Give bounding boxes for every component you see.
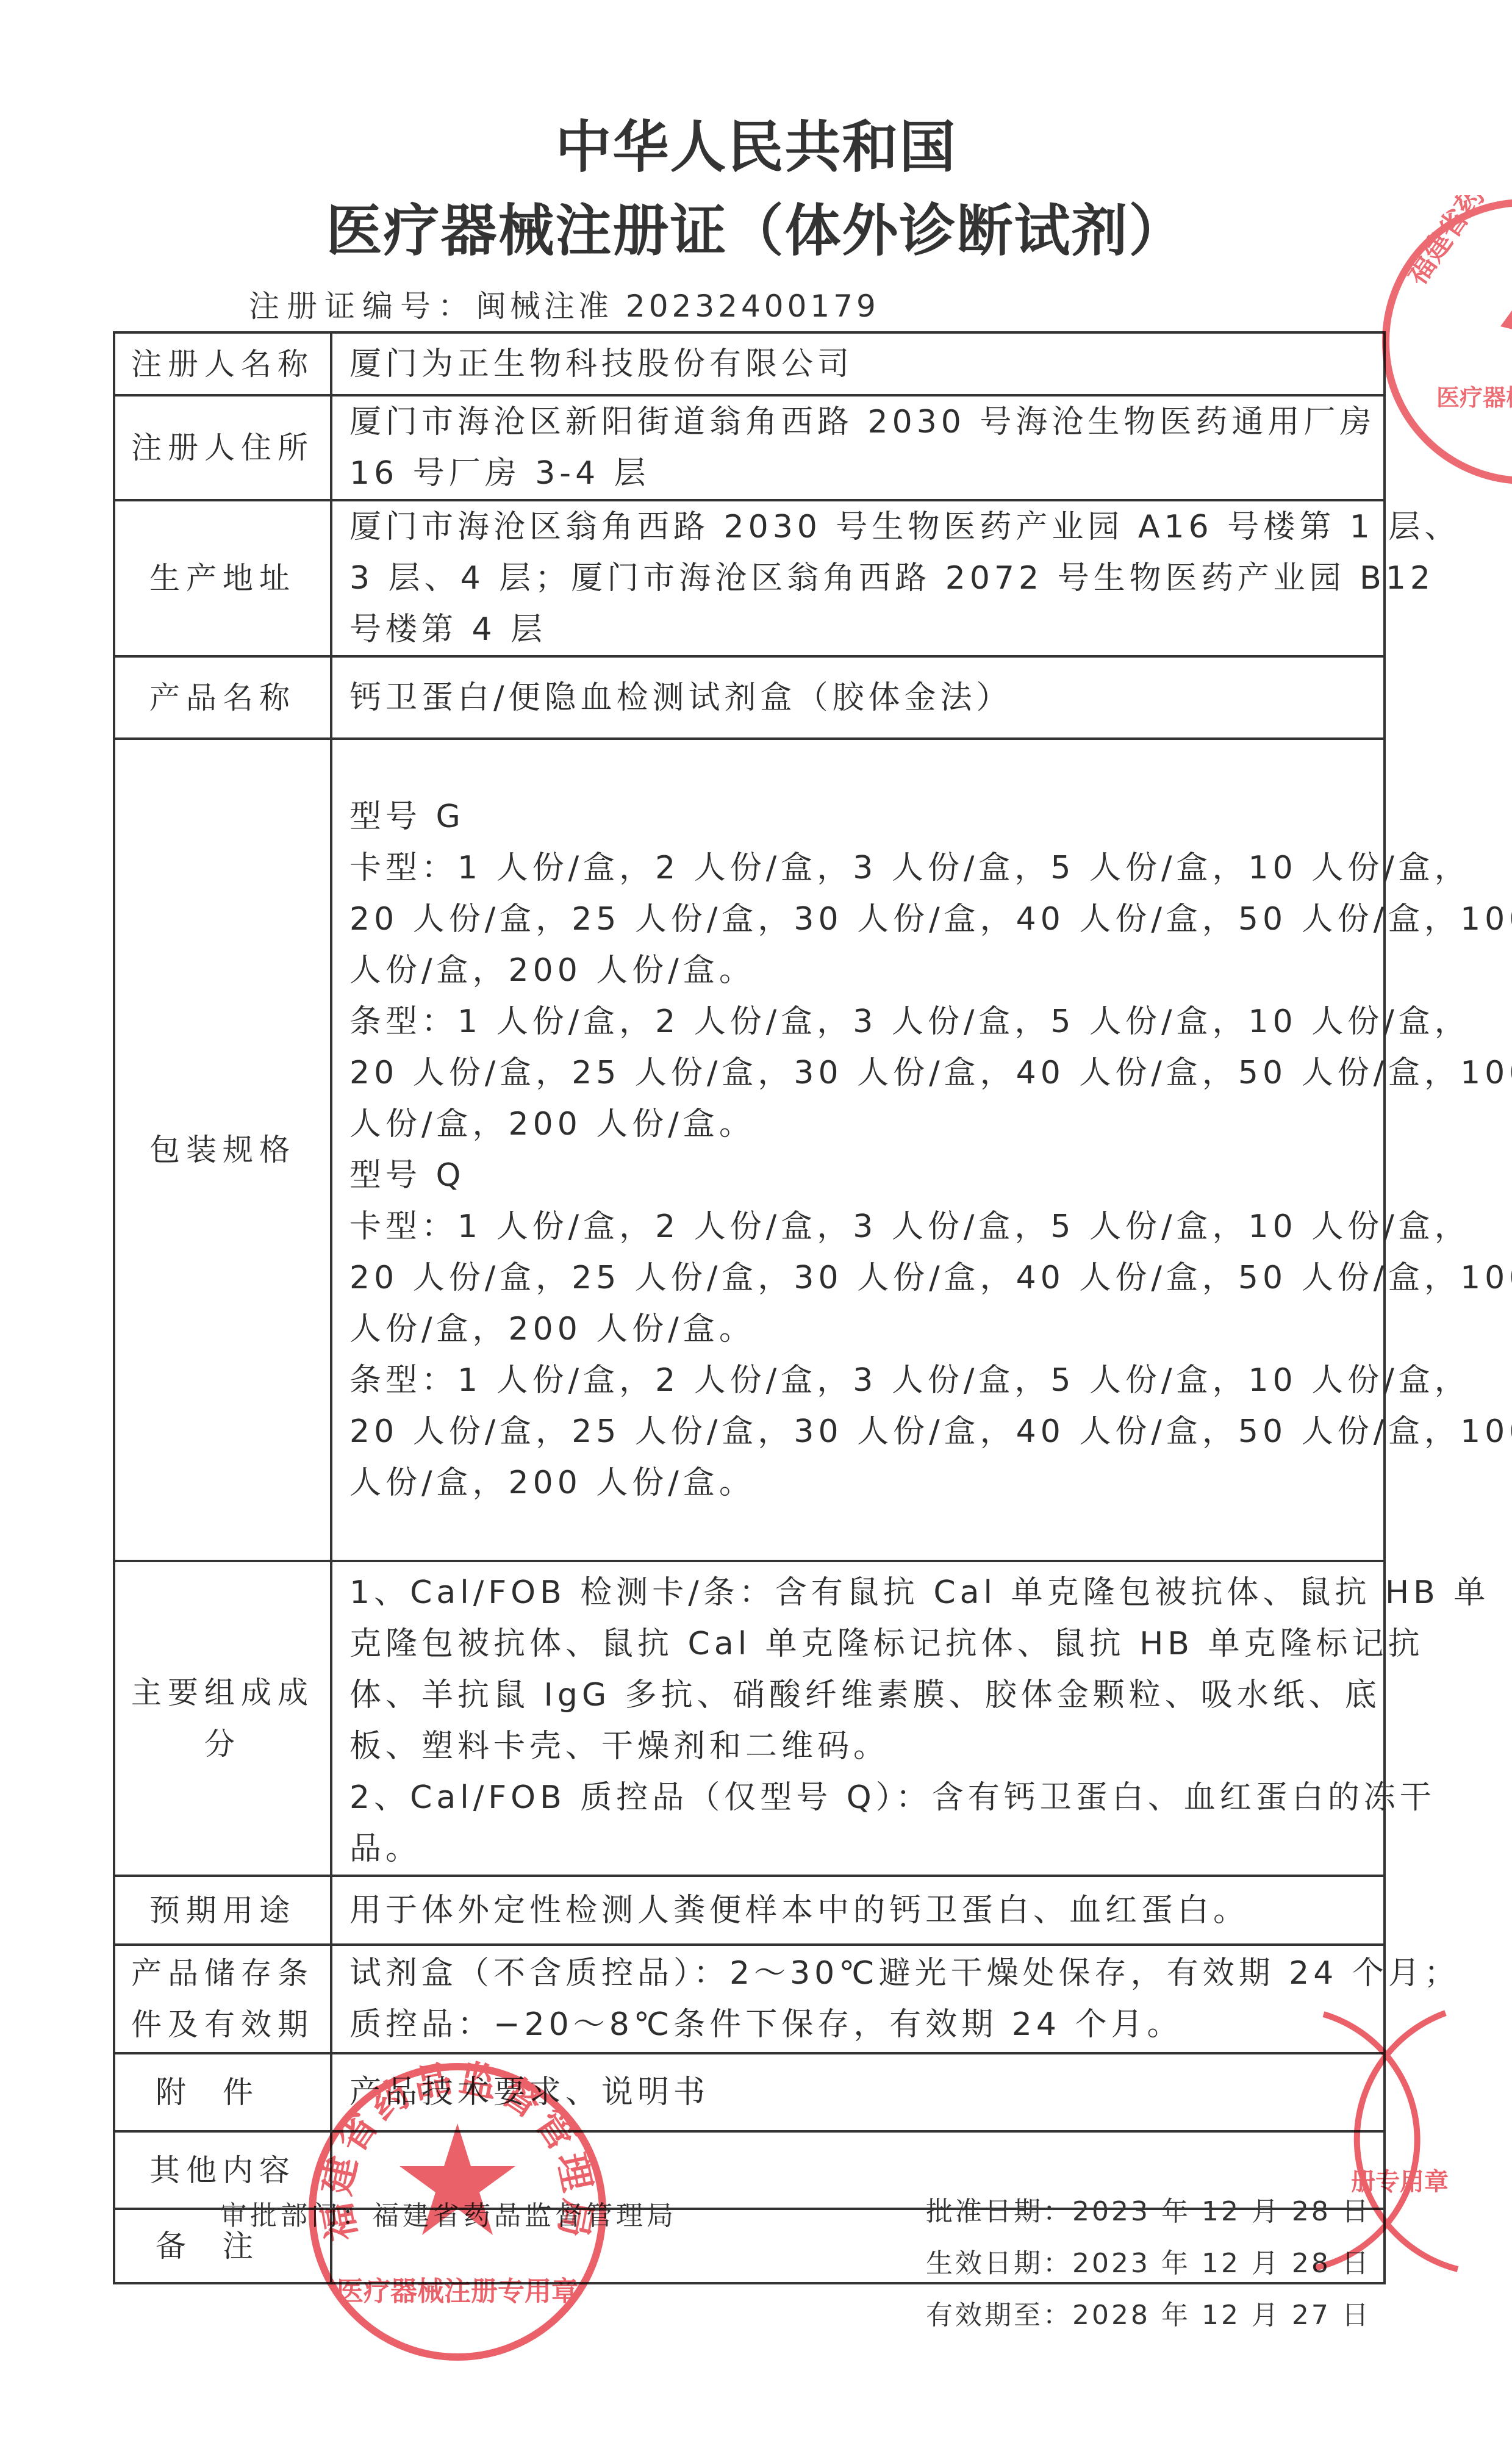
value-line: 3 层、4 层；厦门市海沧区翁角西路 2072 号生物医药产业园 B12 bbox=[349, 553, 1371, 604]
value-line: 20 人份/盒，25 人份/盒，30 人份/盒，40 人份/盒，50 人份/盒，… bbox=[349, 1252, 1371, 1304]
table-row-production-address: 生产地址 厦门市海沧区翁角西路 2030 号生物医药产业园 A16 号楼第 1 … bbox=[114, 500, 1385, 656]
value-line: 20 人份/盒，25 人份/盒，30 人份/盒，40 人份/盒，50 人份/盒，… bbox=[349, 1047, 1371, 1099]
value-line: 2、Cal/FOB 质控品（仅型号 Q）：含有钙卫蛋白、血红蛋白的冻干 bbox=[349, 1772, 1371, 1823]
value-line: 人份/盒，200 人份/盒。 bbox=[349, 1304, 1371, 1355]
value-line: 用于体外定性检测人粪便样本中的钙卫蛋白、血红蛋白。 bbox=[349, 1885, 1371, 1936]
value-line: 品。 bbox=[349, 1823, 1371, 1875]
row-label: 注册人名称 bbox=[114, 332, 331, 395]
value-line: 16 号厂房 3-4 层 bbox=[349, 448, 1371, 499]
partial-seal-bottom-text: 医疗器械 bbox=[1436, 384, 1512, 411]
value-line: 克隆包被抗体、鼠抗 Cal 单克隆标记抗体、鼠抗 HB 单克隆标记抗 bbox=[349, 1618, 1371, 1670]
row-value: 厦门为正生物科技股份有限公司 bbox=[331, 332, 1385, 395]
table-row-attachments: 附件 产品技术要求、说明书 bbox=[114, 2053, 1385, 2131]
effective-date-value: 2023 年 12 月 28 日 bbox=[1072, 2248, 1371, 2279]
value-line: 20 人份/盒，25 人份/盒，30 人份/盒，40 人份/盒，50 人份/盒，… bbox=[349, 1406, 1371, 1457]
row-value: 厦门市海沧区翁角西路 2030 号生物医药产业园 A16 号楼第 1 层、 3 … bbox=[331, 500, 1385, 656]
row-value: 用于体外定性检测人粪便样本中的钙卫蛋白、血红蛋白。 bbox=[331, 1876, 1385, 1945]
row-label: 附件 bbox=[114, 2053, 331, 2131]
approver-label: 审批部门： bbox=[220, 2200, 372, 2231]
value-line: 质控品：−20～8℃条件下保存，有效期 24 个月。 bbox=[349, 1999, 1371, 2050]
row-value: 1、Cal/FOB 检测卡/条：含有鼠抗 Cal 单克隆包被抗体、鼠抗 HB 单… bbox=[331, 1561, 1385, 1876]
expiry-date-value: 2028 年 12 月 27 日 bbox=[1072, 2300, 1371, 2331]
value-line: 条型：1 人份/盒，2 人份/盒，3 人份/盒，5 人份/盒，10 人份/盒， bbox=[349, 996, 1371, 1047]
row-value: 试剂盒（不含质控品）：2～30℃避光干燥处保存，有效期 24 个月； 质控品：−… bbox=[331, 1945, 1385, 2053]
value-line: 钙卫蛋白/便隐血检测试剂盒（胶体金法） bbox=[349, 672, 1371, 723]
row-label: 预期用途 bbox=[114, 1876, 331, 1945]
document-title-line1: 中华人民共和国 bbox=[0, 102, 1512, 183]
document-title-line2: 医疗器械注册证（体外诊断试剂） bbox=[0, 186, 1512, 267]
registration-number-value: 闽械注准 20232400179 bbox=[476, 289, 880, 324]
value-line: 20 人份/盒，25 人份/盒，30 人份/盒，40 人份/盒，50 人份/盒，… bbox=[349, 894, 1371, 945]
expiry-date: 有效期至：2028 年 12 月 27 日 bbox=[926, 2297, 1371, 2349]
value-line: 板、塑料卡壳、干燥剂和二维码。 bbox=[349, 1721, 1371, 1772]
approving-authority: 审批部门：福建省药品监督管理局 bbox=[220, 2194, 677, 2233]
row-label: 包装规格 bbox=[114, 739, 331, 1561]
value-line: 产品技术要求、说明书 bbox=[349, 2067, 1371, 2118]
registration-number-line: 注册证编号：闽械注准 20232400179 bbox=[249, 282, 880, 326]
table-row-registrant-address: 注册人住所 厦门市海沧区新阳街道翁角西路 2030 号海沧生物医药通用厂房 16… bbox=[114, 395, 1385, 500]
row-label: 主要组成成 分 bbox=[114, 1561, 331, 1876]
approval-date-value: 2023 年 12 月 28 日 bbox=[1072, 2196, 1371, 2227]
effective-date-label: 生效日期： bbox=[926, 2248, 1072, 2279]
approval-date: 批准日期：2023 年 12 月 28 日 bbox=[926, 2194, 1371, 2245]
value-line: 卡型：1 人份/盒，2 人份/盒，3 人份/盒，5 人份/盒，10 人份/盒， bbox=[349, 842, 1371, 894]
value-line: 号楼第 4 层 bbox=[349, 604, 1371, 655]
row-label: 生产地址 bbox=[114, 500, 331, 656]
row-value: 产品技术要求、说明书 bbox=[331, 2053, 1385, 2131]
row-label-line: 产品储存条 bbox=[115, 1948, 330, 1999]
row-label: 产品储存条 件及有效期 bbox=[114, 1945, 331, 2053]
value-line: 厦门市海沧区新阳街道翁角西路 2030 号海沧生物医药通用厂房 bbox=[349, 396, 1371, 448]
value-line: 1、Cal/FOB 检测卡/条：含有鼠抗 Cal 单克隆包被抗体、鼠抗 HB 单 bbox=[349, 1567, 1371, 1618]
registration-number-label: 注册证编号： bbox=[249, 289, 476, 324]
value-line: 厦门市海沧区翁角西路 2030 号生物医药产业园 A16 号楼第 1 层、 bbox=[349, 501, 1371, 553]
certificate-table: 注册人名称 厦门为正生物科技股份有限公司 注册人住所 厦门市海沧区新阳街道翁角西… bbox=[113, 331, 1386, 2284]
row-value: 钙卫蛋白/便隐血检测试剂盒（胶体金法） bbox=[331, 656, 1385, 739]
value-line: 型号 Q bbox=[349, 1150, 1371, 1201]
value-line: 型号 G bbox=[349, 791, 1371, 842]
approver-value: 福建省药品监督管理局 bbox=[372, 2200, 677, 2231]
row-label: 产品名称 bbox=[114, 656, 331, 739]
table-row-storage-validity: 产品储存条 件及有效期 试剂盒（不含质控品）：2～30℃避光干燥处保存，有效期 … bbox=[114, 1945, 1385, 2053]
value-line: 体、羊抗鼠 IgG 多抗、硝酸纤维素膜、胶体金颗粒、吸水纸、底 bbox=[349, 1670, 1371, 1721]
row-value: 厦门市海沧区新阳街道翁角西路 2030 号海沧生物医药通用厂房 16 号厂房 3… bbox=[331, 395, 1385, 500]
row-label-line: 件及有效期 bbox=[115, 1999, 330, 2050]
dates-block: 批准日期：2023 年 12 月 28 日 生效日期：2023 年 12 月 2… bbox=[926, 2194, 1371, 2349]
approval-date-label: 批准日期： bbox=[926, 2196, 1072, 2227]
row-value: 型号 G 卡型：1 人份/盒，2 人份/盒，3 人份/盒，5 人份/盒，10 人… bbox=[331, 739, 1385, 1561]
table-row-product-name: 产品名称 钙卫蛋白/便隐血检测试剂盒（胶体金法） bbox=[114, 656, 1385, 739]
row-label-line: 主要组成成 bbox=[115, 1667, 330, 1718]
value-line: 卡型：1 人份/盒，2 人份/盒，3 人份/盒，5 人份/盒，10 人份/盒， bbox=[349, 1201, 1371, 1252]
value-line: 厦门为正生物科技股份有限公司 bbox=[349, 339, 1371, 390]
row-label: 注册人住所 bbox=[114, 395, 331, 500]
table-row-main-components: 主要组成成 分 1、Cal/FOB 检测卡/条：含有鼠抗 Cal 单克隆包被抗体… bbox=[114, 1561, 1385, 1876]
value-line: 人份/盒，200 人份/盒。 bbox=[349, 1099, 1371, 1150]
value-line: 条型：1 人份/盒，2 人份/盒，3 人份/盒，5 人份/盒，10 人份/盒， bbox=[349, 1355, 1371, 1406]
row-label-line: 分 bbox=[115, 1718, 330, 1770]
value-line: 人份/盒，200 人份/盒。 bbox=[349, 945, 1371, 996]
table-row-registrant-name: 注册人名称 厦门为正生物科技股份有限公司 bbox=[114, 332, 1385, 395]
value-line: 人份/盒，200 人份/盒。 bbox=[349, 1457, 1371, 1509]
effective-date: 生效日期：2023 年 12 月 28 日 bbox=[926, 2245, 1371, 2297]
table-row-package-spec: 包装规格 型号 G 卡型：1 人份/盒，2 人份/盒，3 人份/盒，5 人份/盒… bbox=[114, 739, 1385, 1561]
table-row-intended-use: 预期用途 用于体外定性检测人粪便样本中的钙卫蛋白、血红蛋白。 bbox=[114, 1876, 1385, 1945]
value-line: 试剂盒（不含质控品）：2～30℃避光干燥处保存，有效期 24 个月； bbox=[349, 1948, 1371, 1999]
expiry-date-label: 有效期至： bbox=[926, 2300, 1072, 2331]
